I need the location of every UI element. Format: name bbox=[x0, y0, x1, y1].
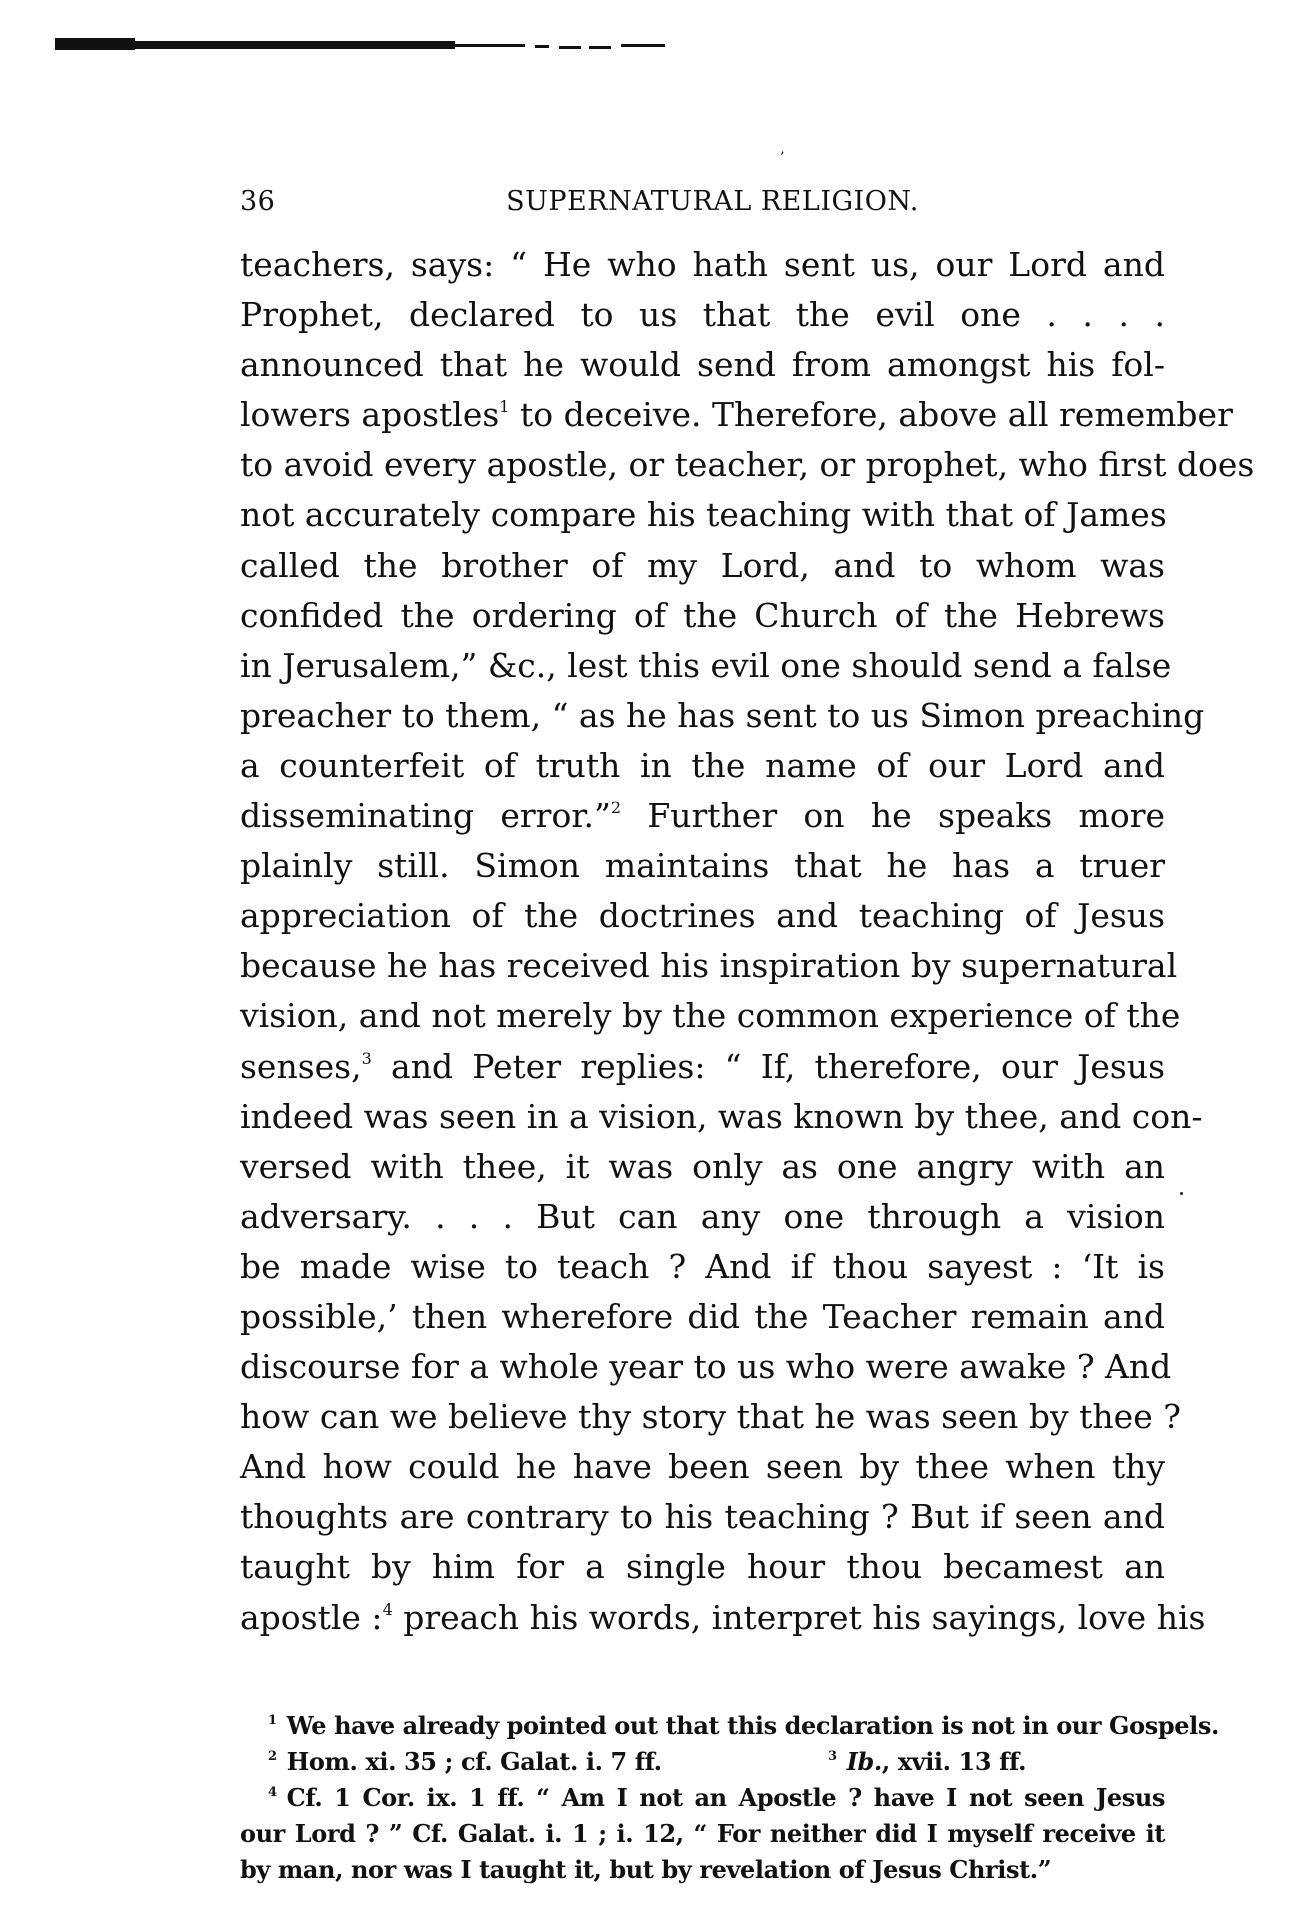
footnote-ref-3[interactable]: 3 bbox=[362, 1049, 372, 1068]
text-segment: disseminating error.” bbox=[240, 796, 611, 835]
text-line: taught by him for a single hour thou bec… bbox=[240, 1542, 1165, 1592]
text-line: Prophet, declared to us that the evil on… bbox=[240, 290, 1165, 340]
stray-scan-mark: ’ bbox=[780, 150, 784, 166]
footnote-2: 2Hom. xi. 35 ; cf. Galat. i. 7 ff. bbox=[268, 1744, 828, 1780]
footnote-text: We have already pointed out that this de… bbox=[287, 1711, 1219, 1740]
footnote-text: , xvii. 13 ff. bbox=[882, 1747, 1026, 1776]
text-line: to avoid every apostle, or teacher, or p… bbox=[240, 440, 1165, 490]
text-line: be made wise to teach ? And if thou saye… bbox=[240, 1242, 1165, 1292]
text-segment: senses, bbox=[240, 1047, 362, 1086]
text-line: disseminating error.”2 Further on he spe… bbox=[240, 791, 1165, 841]
footnote-ref-2[interactable]: 2 bbox=[611, 798, 621, 817]
footnote-4-line-3: by man, nor was I taught it, but by reve… bbox=[240, 1852, 1165, 1888]
text-line: confided the ordering of the Church of t… bbox=[240, 591, 1165, 641]
text-line: announced that he would send from amongs… bbox=[240, 340, 1165, 390]
footnote-1: 1We have already pointed out that this d… bbox=[240, 1708, 1165, 1744]
running-title: SUPERNATURAL RELIGION. bbox=[240, 186, 1165, 217]
text-line: adversary. . . . But can any one through… bbox=[240, 1192, 1165, 1242]
footnote-ref-1[interactable]: 1 bbox=[499, 397, 509, 416]
footnote-row-2-3: 2Hom. xi. 35 ; cf. Galat. i. 7 ff. 3Ib.,… bbox=[240, 1744, 1165, 1780]
text-line: not accurately compare his teaching with… bbox=[240, 490, 1165, 540]
text-segment: preach his words, interpret his sayings,… bbox=[393, 1598, 1206, 1637]
footnote-ref-4[interactable]: 4 bbox=[383, 1600, 393, 1619]
running-head: 36 SUPERNATURAL RELIGION. bbox=[240, 186, 1165, 226]
footnote-text: Cf. 1 Cor. ix. 1 ff. “ Am I not an Apost… bbox=[287, 1783, 1165, 1812]
text-line: apostle :4 preach his words, interpret h… bbox=[240, 1593, 1165, 1643]
text-line: in Jerusalem,” &c., lest this evil one s… bbox=[240, 641, 1165, 691]
footnote-4-line-2: our Lord ? ” Cf. Galat. i. 1 ; i. 12, “ … bbox=[240, 1816, 1165, 1852]
footnote-4-line-1: 4Cf. 1 Cor. ix. 1 ff. “ Am I not an Apos… bbox=[240, 1780, 1165, 1816]
text-line: indeed was seen in a vision, was known b… bbox=[240, 1092, 1165, 1142]
text-line: teachers, says: “ He who hath sent us, o… bbox=[240, 240, 1165, 290]
text-line: called the brother of my Lord, and to wh… bbox=[240, 541, 1165, 591]
scan-artifact-rule bbox=[55, 38, 615, 52]
text-line: plainly still. Simon maintains that he h… bbox=[240, 841, 1165, 891]
text-line: senses,3 and Peter replies: “ If, theref… bbox=[240, 1042, 1165, 1092]
text-line: And how could he have been seen by thee … bbox=[240, 1442, 1165, 1492]
footnote-marker: 3 bbox=[828, 1749, 837, 1764]
text-line: a counterfeit of truth in the name of ou… bbox=[240, 741, 1165, 791]
text-line: appreciation of the doctrines and teachi… bbox=[240, 891, 1165, 941]
footnote-italic: Ib. bbox=[847, 1747, 882, 1776]
text-line: lowers apostles1 to deceive. Therefore, … bbox=[240, 390, 1165, 440]
text-line: preacher to them, “ as he has sent to us… bbox=[240, 691, 1165, 741]
footnote-marker: 2 bbox=[268, 1749, 277, 1764]
footnote-marker: 4 bbox=[268, 1785, 277, 1800]
text-line: thoughts are contrary to his teaching ? … bbox=[240, 1492, 1165, 1542]
text-line: because he has received his inspiration … bbox=[240, 941, 1165, 991]
text-segment: Further on he speaks more bbox=[621, 796, 1165, 835]
text-line: possible,’ then wherefore did the Teache… bbox=[240, 1292, 1165, 1342]
footnote-marker: 1 bbox=[268, 1713, 277, 1728]
text-segment: and Peter replies: “ If, therefore, our … bbox=[372, 1047, 1165, 1086]
footnotes: 1We have already pointed out that this d… bbox=[240, 1708, 1165, 1888]
text-line: vision, and not merely by the common exp… bbox=[240, 991, 1165, 1041]
footnote-3: 3Ib., xvii. 13 ff. bbox=[828, 1744, 1165, 1780]
text-line: discourse for a whole year to us who wer… bbox=[240, 1342, 1165, 1392]
text-segment: to deceive. Therefore, above all remembe… bbox=[509, 395, 1232, 434]
text-line: how can we believe thy story that he was… bbox=[240, 1392, 1165, 1442]
footnote-text: Hom. xi. 35 ; cf. Galat. i. 7 ff. bbox=[287, 1747, 662, 1776]
body-text: teachers, says: “ He who hath sent us, o… bbox=[240, 240, 1165, 1643]
scan-speck bbox=[1180, 1192, 1183, 1195]
text-segment: apostle : bbox=[240, 1598, 383, 1637]
text-segment: lowers apostles bbox=[240, 395, 499, 434]
text-line: versed with thee, it was only as one ang… bbox=[240, 1142, 1165, 1192]
